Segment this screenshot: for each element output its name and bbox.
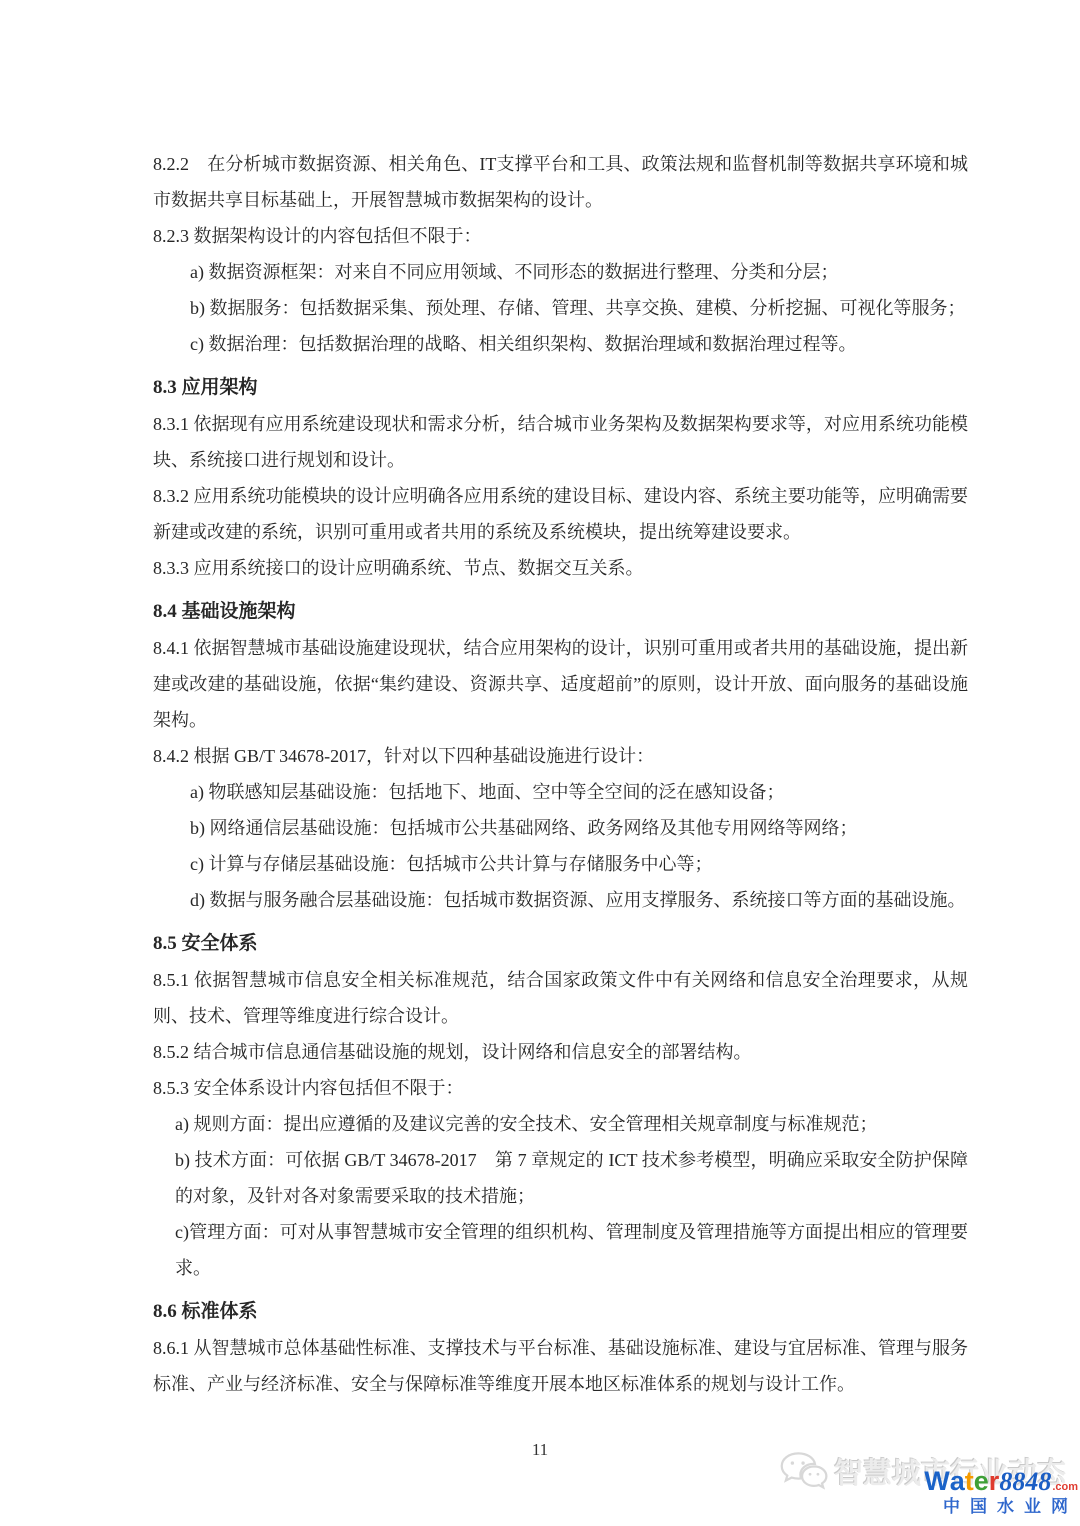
section-heading-8-6: 8.6 标准体系 bbox=[153, 1294, 968, 1330]
list-item-8-4-2-b: b) 网络通信层基础设施：包括城市公共基础网络、政务网络及其他专用网络等网络； bbox=[153, 810, 968, 846]
list-item-8-5-3-c: c)管理方面：可对从事智慧城市安全管理的组织机构、管理制度及管理措施等方面提出相… bbox=[153, 1214, 968, 1286]
logo-letter-a: a bbox=[950, 1468, 965, 1495]
list-item-8-5-3-b: b) 技术方面：可依据 GB/T 34678-2017 第 7 章规定的 ICT… bbox=[153, 1142, 968, 1214]
clause-8-2-3: 8.2.3 数据架构设计的内容包括但不限于： bbox=[153, 218, 968, 254]
logo-letter-r: r bbox=[989, 1468, 1000, 1495]
section-heading-8-5: 8.5 安全体系 bbox=[153, 926, 968, 962]
list-item-8-2-3-a: a) 数据资源框架：对来自不同应用领域、不同形态的数据进行整理、分类和分层； bbox=[153, 254, 968, 290]
document-body: 8.2.2 在分析城市数据资源、相关角色、IT支撑平台和工具、政策法规和监督机制… bbox=[153, 146, 968, 1402]
logo-subtitle: 中国水业网 bbox=[924, 1498, 1078, 1515]
clause-8-3-2: 8.3.2 应用系统功能模块的设计应明确各应用系统的建设目标、建设内容、系统主要… bbox=[153, 478, 968, 550]
list-item-8-2-3-b: b) 数据服务：包括数据采集、预处理、存储、管理、共享交换、建模、分析挖掘、可视… bbox=[153, 290, 968, 326]
wechat-icon bbox=[778, 1448, 830, 1494]
list-item-8-5-3-a: a) 规则方面：提出应遵循的及建议完善的安全技术、安全管理相关规章制度与标准规范… bbox=[153, 1106, 968, 1142]
list-item-8-4-2-a: a) 物联感知层基础设施：包括地下、地面、空中等全空间的泛在感知设备； bbox=[153, 774, 968, 810]
section-heading-8-3: 8.3 应用架构 bbox=[153, 370, 968, 406]
clause-8-4-1: 8.4.1 依据智慧城市基础设施建设现状，结合应用架构的设计，识别可重用或者共用… bbox=[153, 630, 968, 738]
clause-8-4-2: 8.4.2 根据 GB/T 34678-2017，针对以下四种基础设施进行设计： bbox=[153, 738, 968, 774]
list-item-8-2-3-c: c) 数据治理：包括数据治理的战略、相关组织架构、数据治理域和数据治理过程等。 bbox=[153, 326, 968, 362]
clause-8-6-1: 8.6.1 从智慧城市总体基础性标准、支撑技术与平台标准、基础设施标准、建设与宜… bbox=[153, 1330, 968, 1402]
logo-number: 8848 bbox=[999, 1469, 1051, 1495]
clause-8-5-1: 8.5.1 依据智慧城市信息安全相关标准规范，结合国家政策文件中有关网络和信息安… bbox=[153, 962, 968, 1034]
clause-8-3-3: 8.3.3 应用系统接口的设计应明确系统、节点、数据交互关系。 bbox=[153, 550, 968, 586]
clause-8-5-2: 8.5.2 结合城市信息通信基础设施的规划，设计网络和信息安全的部署结构。 bbox=[153, 1034, 968, 1070]
logo-letter-t: t bbox=[965, 1468, 974, 1495]
list-item-8-4-2-c: c) 计算与存储层基础设施：包括城市公共计算与存储服务中心等； bbox=[153, 846, 968, 882]
clause-8-5-3: 8.5.3 安全体系设计内容包括但不限于： bbox=[153, 1070, 968, 1106]
logo-wordmark: W a t e r 8848 .com bbox=[924, 1468, 1078, 1495]
clause-8-2-2: 8.2.2 在分析城市数据资源、相关角色、IT支撑平台和工具、政策法规和监督机制… bbox=[153, 146, 968, 218]
logo-letter-w: W bbox=[924, 1468, 949, 1495]
water8848-logo: W a t e r 8848 .com 中国水业网 bbox=[924, 1468, 1078, 1515]
list-item-8-4-2-d: d) 数据与服务融合层基础设施：包括城市数据资源、应用支撑服务、系统接口等方面的… bbox=[153, 882, 968, 918]
section-heading-8-4: 8.4 基础设施架构 bbox=[153, 594, 968, 630]
clause-8-3-1: 8.3.1 依据现有应用系统建设现状和需求分析，结合城市业务架构及数据架构要求等… bbox=[153, 406, 968, 478]
logo-letter-e: e bbox=[974, 1468, 989, 1495]
logo-tld: .com bbox=[1052, 1482, 1078, 1493]
